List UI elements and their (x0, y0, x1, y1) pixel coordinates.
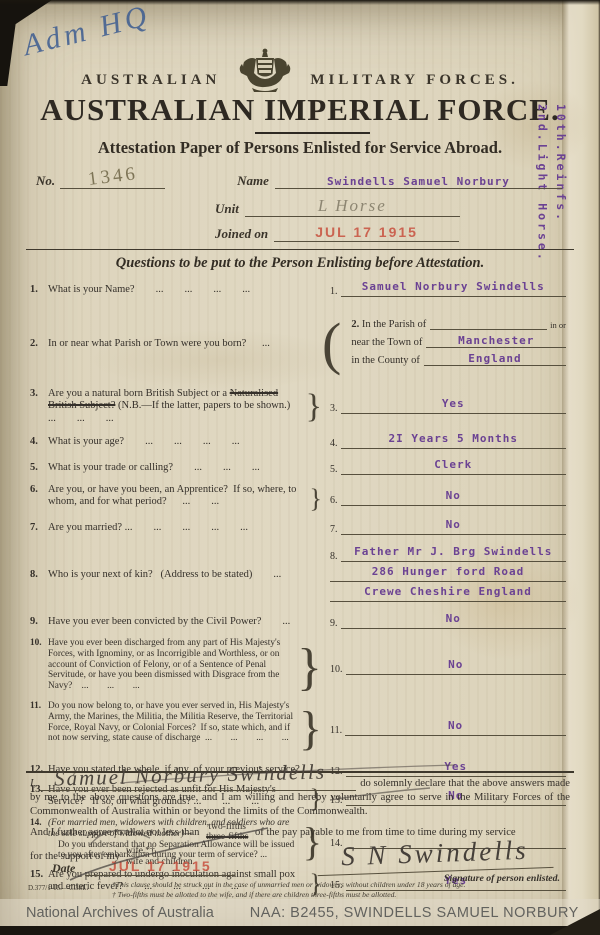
answer-bracket: ( (322, 318, 341, 370)
question-number: 4. (30, 436, 48, 448)
answer-number: 4. (330, 438, 338, 449)
unit-label: Unit (215, 201, 239, 217)
question-label: Have you ever been discharged from any p… (48, 638, 297, 697)
question-number: 11. (30, 701, 48, 756)
question-bracket: } (306, 388, 322, 426)
question-row-9: 9. Have you ever been convicted by the C… (30, 612, 566, 632)
allot-pre: And I further agree to allot not less th… (30, 827, 199, 838)
answer-number: 10. (330, 664, 343, 675)
joined-field: JUL 17 1915 (274, 224, 459, 242)
question-label: What is your trade or calling? ... ... .… (48, 462, 322, 474)
questions-heading: Questions to be put to the Person Enlist… (0, 255, 600, 272)
answer-number: 2. (351, 319, 359, 330)
service-number-row: No. 1346 Name Swindells Samuel Norbury (34, 166, 562, 189)
question-label: Who is your next of kin? (Address to be … (48, 569, 322, 581)
archive-watermark-bar: National Archives of Australia NAA: B245… (0, 899, 600, 926)
answer-next-of-kin: Father Mr J. Brg Swindells (341, 545, 567, 562)
question-row-5: 5. What is your trade or calling? ... ..… (30, 458, 566, 478)
struck-text: Naturalised (230, 388, 278, 399)
declaration-tail: do solemnly declare that the above answe… (360, 777, 570, 791)
handwritten-service-number: 1346 (86, 163, 138, 191)
question-number: 5. (30, 462, 48, 474)
declaration-name-field: Samuel Norbury Swindells (40, 776, 356, 791)
date-field: JUL 17 1915 (85, 858, 235, 876)
wife-clause-top: wife.*† (126, 846, 195, 857)
name-field: Swindells Samuel Norbury (275, 175, 562, 189)
question-number: 3. (30, 388, 48, 426)
question-row-6: 6. Are you, or have you been, an Apprent… (30, 484, 566, 514)
answer-married: No (341, 518, 567, 535)
answer-trade: Clerk (341, 458, 567, 475)
title-underline (255, 132, 370, 134)
parish-label: In the Parish of (362, 319, 426, 330)
answer-number: 3. (330, 403, 338, 414)
section-divider (26, 249, 574, 250)
in-or-suffix: in or (547, 320, 566, 330)
answer-number: 11. (330, 725, 342, 736)
town-line: near the Town of Manchester (351, 334, 566, 348)
answer-number: 9. (330, 618, 338, 629)
struck-text: British Subject? (48, 400, 115, 411)
declaration-paragraph: I, Samuel Norbury Swindells do solemnly … (30, 776, 570, 819)
answer-next-of-kin-address1: 286 Hunger ford Road (330, 565, 566, 582)
question-label: Have you ever been convicted by the Civi… (48, 616, 322, 628)
footnotes: *This clause should be struck out in the… (112, 880, 552, 900)
allot-fraction-choice: two-fifths three-fifths (206, 822, 248, 843)
question-row-2: 2. In or near what Parish or Town were y… (30, 304, 566, 384)
handwritten-unit: L Horse (318, 196, 387, 215)
answer-number: 7. (330, 524, 338, 535)
declaration-body: by me to the above questions are true, a… (30, 791, 570, 819)
question-number: 8. (30, 569, 48, 581)
service-number-field: 1346 (60, 166, 165, 189)
question-label: What is your Name? ... ... ... ... (48, 284, 322, 296)
question-number: 12. (30, 764, 48, 776)
question-bracket: } (310, 484, 322, 514)
question-number: 7. (30, 522, 48, 534)
answer-previous-service: No (345, 719, 566, 736)
question-row-11: 11. Do you now belong to, or have you ev… (30, 701, 566, 756)
form-code: D.377/1-15.—C.38L. (28, 884, 88, 892)
archive-reference: NAA: B2455, SWINDELLS SAMUEL NORBURY (250, 905, 579, 921)
question-label: Are you a natural born British Subject o… (48, 388, 306, 426)
question-label: Do you now belong to, or have you ever s… (48, 701, 299, 756)
date-stamp: JUL 17 1915 (109, 858, 212, 874)
archive-name: National Archives of Australia (26, 905, 214, 921)
town-label: near the Town of (351, 337, 426, 348)
question-number: 6. (30, 484, 48, 514)
answer-number: 8. (330, 551, 338, 562)
footnote-star: *This clause should be struck out in the… (112, 880, 552, 890)
answer-name: Samuel Norbury Swindells (341, 280, 567, 297)
question-label: In or near what Parish or Town were you … (48, 338, 322, 350)
parish-line: 2. In the Parish of in or (351, 319, 566, 330)
answer-number: 1. (330, 286, 338, 297)
joined-on-label: Joined on (215, 226, 268, 242)
unit-row: Unit L Horse (34, 196, 562, 217)
question-row-8: 8. Who is your next of kin? (Address to … (30, 544, 566, 606)
joined-row: Joined on JUL 17 1915 (34, 224, 562, 242)
question-label: Are you, or have you been, an Apprentice… (48, 484, 310, 514)
question-label: What is your age? ... ... ... ... (48, 436, 322, 448)
paper-bottom-edge (0, 926, 600, 935)
unit-field: L Horse (245, 196, 460, 217)
handwritten-declaration-name: Samuel Norbury Swindells (54, 758, 327, 792)
question-row-4: 4. What is your age? ... ... ... ... 4. … (30, 432, 566, 452)
joined-date-stamp: JUL 17 1915 (315, 224, 418, 240)
question-bracket: } (299, 701, 322, 756)
question-row-10: 10. Have you ever been discharged from a… (30, 638, 566, 697)
header-australian-label: AUSTRALIAN (81, 72, 220, 89)
question-number: 10. (30, 638, 48, 697)
declaration-lead: I, (30, 777, 36, 791)
no-label: No. (36, 173, 55, 189)
answer-number: 6. (330, 495, 338, 506)
date-label: Date (52, 861, 75, 876)
answer-convicted: No (341, 612, 567, 629)
county-label: in the County of (351, 355, 424, 366)
allot-three-fifths-struck: three-fifths (206, 832, 248, 842)
question-number: 1. (30, 284, 48, 296)
answer-next-of-kin-address2: Crewe Cheshire England (330, 585, 566, 602)
county-line: in the County of England (351, 352, 566, 366)
answer-apprentice: No (341, 489, 567, 506)
town-field: Manchester (426, 334, 566, 348)
identity-block: No. 1346 Name Swindells Samuel Norbury U… (34, 166, 562, 249)
page-title: AUSTRALIAN IMPERIAL FORCE. (0, 92, 600, 128)
parish-field (430, 329, 547, 330)
answer-age: 2I Years 5 Months (341, 432, 567, 449)
paper-top-edge (0, 0, 600, 5)
name-label: Name (237, 173, 269, 189)
question-number: 9. (30, 616, 48, 628)
question-label: Are you married? ... ... ... ... ... (48, 522, 322, 534)
county-field: England (424, 352, 566, 366)
question-row-1: 1. What is your Name? ... ... ... ... 1.… (30, 280, 566, 300)
page-subtitle: Attestation Paper of Persons Enlisted fo… (0, 138, 600, 158)
handwritten-signature: S N Swindells (316, 834, 553, 876)
answer-number: 5. (330, 464, 338, 475)
answer-stated-whole: Yes (346, 760, 567, 777)
signature-block: S N Swindells Signature of person enlist… (310, 838, 560, 884)
answer-british-subject: Yes (341, 397, 567, 414)
question-bracket: } (297, 638, 322, 697)
date-row: Date JUL 17 1915 (52, 858, 235, 876)
scanned-document: Adm HQ AUSTRALIAN MILITARY FORCES. AUSTR… (0, 0, 600, 935)
question-number: 2. (30, 338, 48, 350)
question-row-7: 7. Are you married? ... ... ... ... ... … (30, 518, 566, 538)
allot-two-fifths: two-fifths (206, 822, 248, 832)
coat-of-arms-icon (234, 46, 296, 96)
question-row-3: 3. Are you a natural born British Subjec… (30, 388, 566, 426)
header-military-forces-label: MILITARY FORCES. (310, 72, 519, 89)
answer-discharged: No (346, 658, 567, 675)
